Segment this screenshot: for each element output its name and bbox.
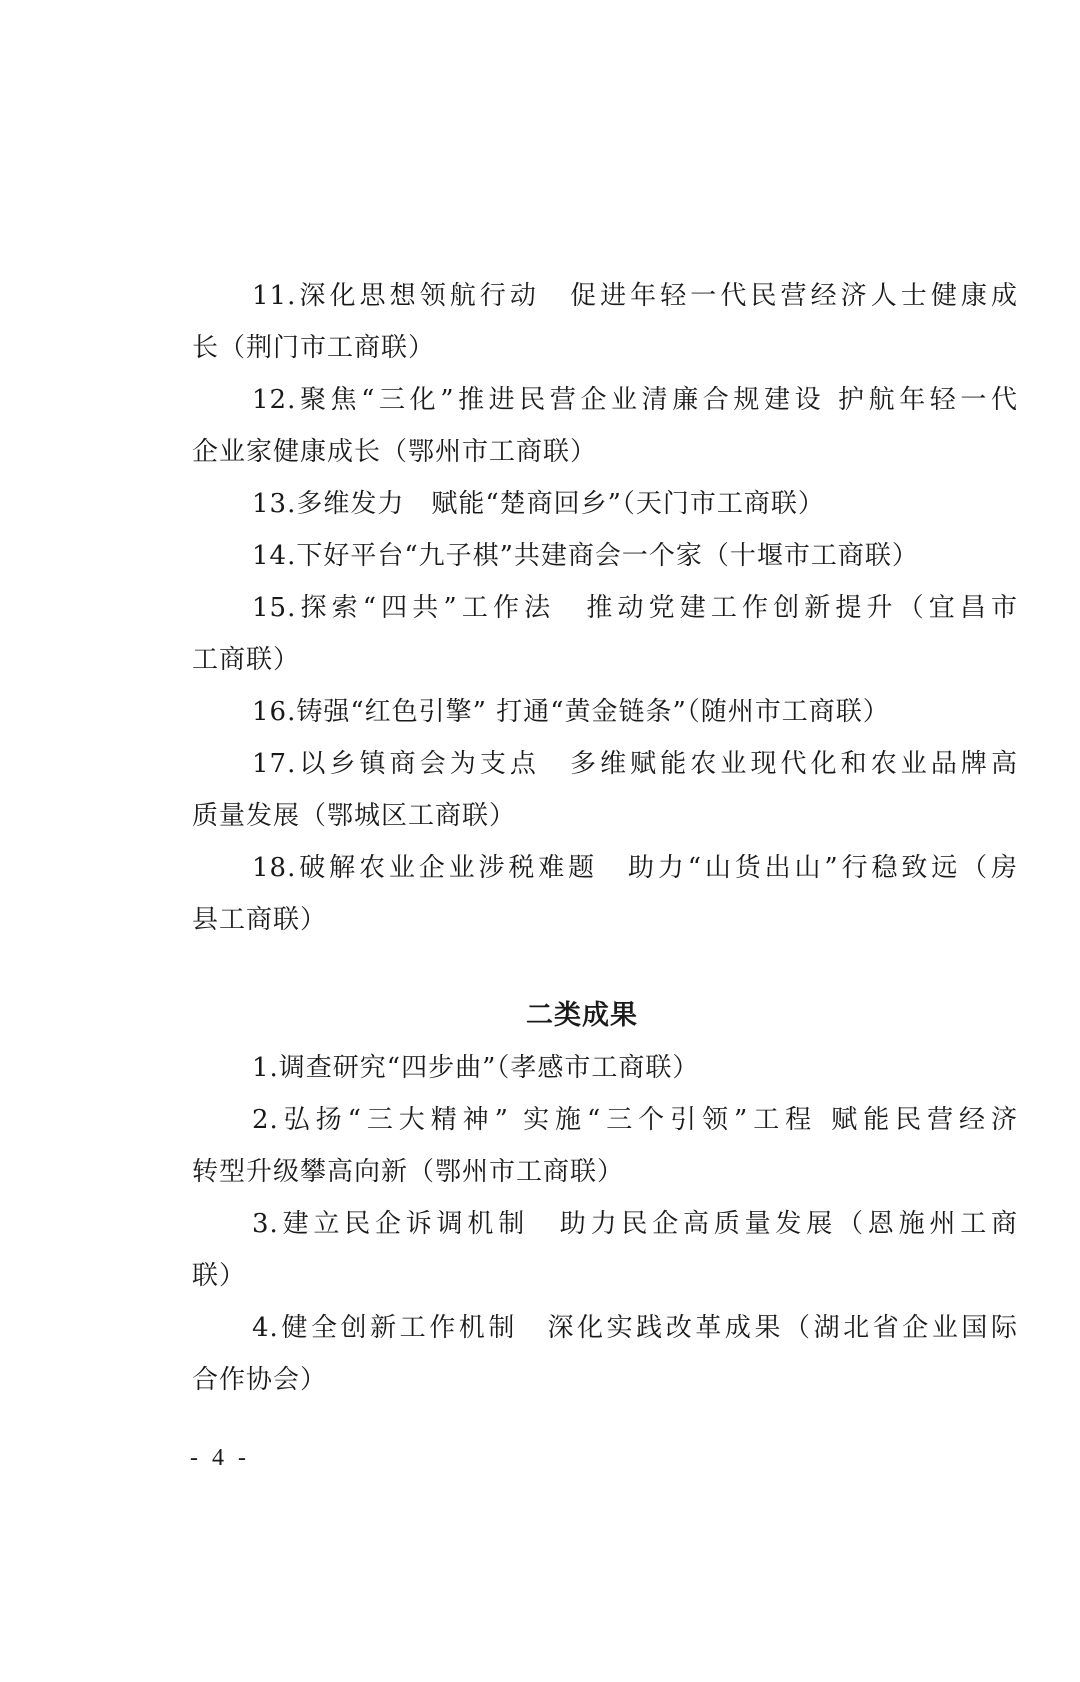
list-item-17: 17.以乡镇商会为支点 多维赋能农业现代化和农业品牌高 质量发展（鄂城区工商联） bbox=[192, 738, 1018, 842]
list-item-16: 16.铸强“红色引擎” 打通“黄金链条”（随州市工商联） bbox=[192, 686, 1018, 738]
list-item-line: 18.破解农业企业涉税难题 助力“山货出山”行稳致远（房 bbox=[192, 842, 1018, 894]
list-item-2: 2.弘扬“三大精神” 实施“三个引领”工程 赋能民营经济 转型升级攀高向新（鄂州… bbox=[192, 1094, 1018, 1198]
list-item-line: 16.铸强“红色引擎” 打通“黄金链条”（随州市工商联） bbox=[192, 686, 1018, 738]
list-item-line: 县工商联） bbox=[192, 894, 1018, 946]
section2-list: 1.调查研究“四步曲”（孝感市工商联） 2.弘扬“三大精神” 实施“三个引领”工… bbox=[192, 1042, 1018, 1406]
list-item-3: 3.建立民企诉调机制 助力民企高质量发展（恩施州工商 联） bbox=[192, 1198, 1018, 1302]
list-item-line: 联） bbox=[192, 1250, 1018, 1302]
list-item-14: 14.下好平台“九子棋”共建商会一个家（十堰市工商联） bbox=[192, 530, 1018, 582]
section-heading: 二类成果 bbox=[0, 990, 1080, 1042]
list-item-15: 15.探索“四共”工作法 推动党建工作创新提升（宜昌市 工商联） bbox=[192, 582, 1018, 686]
list-item-line: 转型升级攀高向新（鄂州市工商联） bbox=[192, 1146, 1018, 1198]
list-item-line: 4.健全创新工作机制 深化实践改革成果（湖北省企业国际 bbox=[192, 1302, 1018, 1354]
list-item-line: 15.探索“四共”工作法 推动党建工作创新提升（宜昌市 bbox=[192, 582, 1018, 634]
list-item-line: 12.聚焦“三化”推进民营企业清廉合规建设 护航年轻一代 bbox=[192, 374, 1018, 426]
list-item-line: 17.以乡镇商会为支点 多维赋能农业现代化和农业品牌高 bbox=[192, 738, 1018, 790]
list-item-4: 4.健全创新工作机制 深化实践改革成果（湖北省企业国际 合作协会） bbox=[192, 1302, 1018, 1406]
list-item-line: 合作协会） bbox=[192, 1354, 1018, 1406]
list-item-18: 18.破解农业企业涉税难题 助力“山货出山”行稳致远（房 县工商联） bbox=[192, 842, 1018, 946]
list-item-11: 11.深化思想领航行动 促进年轻一代民营经济人士健康成 长（荆门市工商联） bbox=[192, 270, 1018, 374]
list-item-line: 3.建立民企诉调机制 助力民企高质量发展（恩施州工商 bbox=[192, 1198, 1018, 1250]
page-number: - 4 - bbox=[190, 1440, 250, 1476]
list-item-line: 13.多维发力 赋能“楚商回乡”（天门市工商联） bbox=[192, 478, 1018, 530]
list-item-line: 11.深化思想领航行动 促进年轻一代民营经济人士健康成 bbox=[192, 270, 1018, 322]
document-page: 11.深化思想领航行动 促进年轻一代民营经济人士健康成 长（荆门市工商联） 12… bbox=[0, 0, 1080, 1682]
list-item-line: 企业家健康成长（鄂州市工商联） bbox=[192, 426, 1018, 478]
list-item-line: 长（荆门市工商联） bbox=[192, 322, 1018, 374]
list-item-line: 质量发展（鄂城区工商联） bbox=[192, 790, 1018, 842]
section1-list: 11.深化思想领航行动 促进年轻一代民营经济人士健康成 长（荆门市工商联） 12… bbox=[192, 270, 1018, 946]
list-item-line: 1.调查研究“四步曲”（孝感市工商联） bbox=[192, 1042, 1018, 1094]
list-item-line: 2.弘扬“三大精神” 实施“三个引领”工程 赋能民营经济 bbox=[192, 1094, 1018, 1146]
list-item-line: 工商联） bbox=[192, 634, 1018, 686]
list-item-line: 14.下好平台“九子棋”共建商会一个家（十堰市工商联） bbox=[192, 530, 1018, 582]
list-item-12: 12.聚焦“三化”推进民营企业清廉合规建设 护航年轻一代 企业家健康成长（鄂州市… bbox=[192, 374, 1018, 478]
list-item-13: 13.多维发力 赋能“楚商回乡”（天门市工商联） bbox=[192, 478, 1018, 530]
list-item-1: 1.调查研究“四步曲”（孝感市工商联） bbox=[192, 1042, 1018, 1094]
